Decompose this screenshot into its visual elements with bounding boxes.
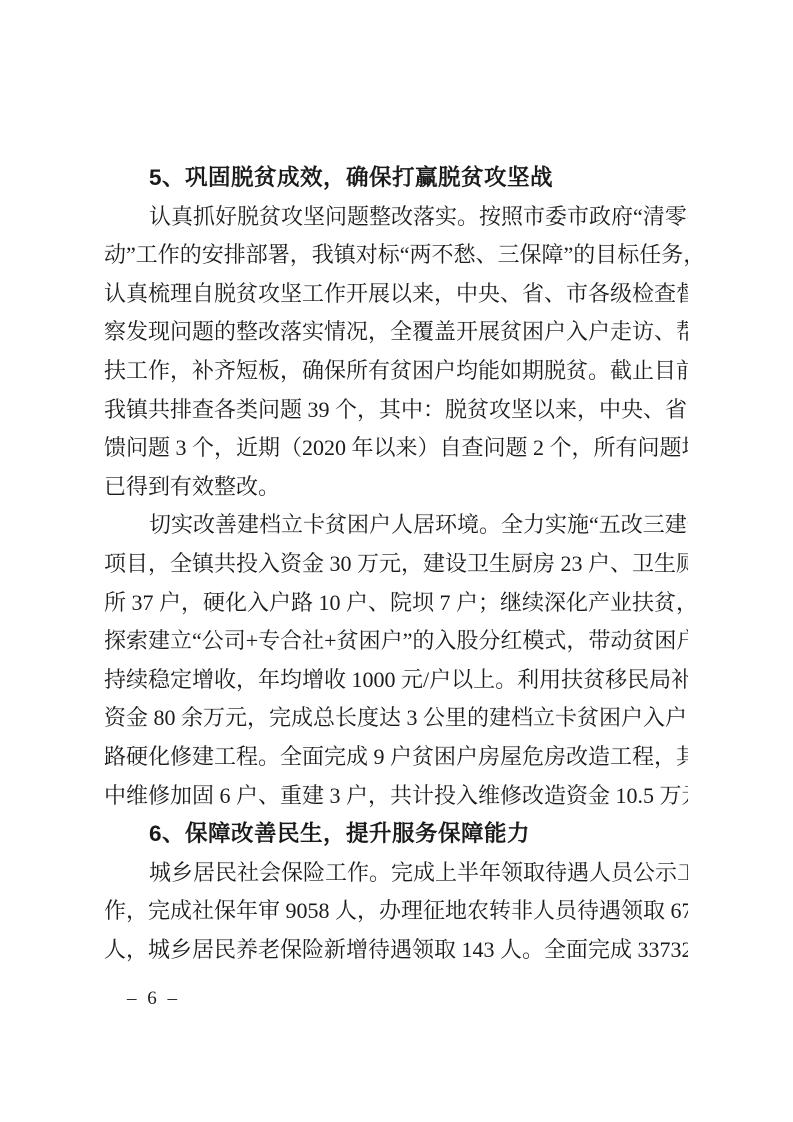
paragraph-line: 馈问题 3 个，近期（2020 年以来）自查问题 2 个，所有问题均 [104, 429, 688, 468]
paragraph-line: 察发现问题的整改落实情况，全覆盖开展贫困户入户走访、帮 [104, 313, 688, 352]
document-body: 5、巩固脱贫成效，确保打赢脱贫攻坚战 认真抓好脱贫攻坚问题整改落实。按照市委市政… [104, 159, 688, 969]
document-page: 5、巩固脱贫成效，确保打赢脱贫攻坚战 认真抓好脱贫攻坚问题整改落实。按照市委市政… [0, 0, 793, 1122]
paragraph-line: 人，城乡居民养老保险新增待遇领取 143 人。全面完成 33732 [104, 931, 688, 970]
paragraph-line: 切实改善建档立卡贫困户人居环境。全力实施“五改三建” [104, 506, 688, 545]
paragraph-line: 探索建立“公司+专合社+贫困户”的入股分红模式，带动贫困户 [104, 622, 688, 661]
paragraph-line: 持续稳定增收，年均增收 1000 元/户以上。利用扶贫移民局补助 [104, 661, 688, 700]
paragraph-line: 我镇共排查各类问题 39 个，其中：脱贫攻坚以来，中央、省反 [104, 391, 688, 430]
section-heading-5: 5、巩固脱贫成效，确保打赢脱贫攻坚战 [104, 159, 688, 198]
paragraph-line: 路硬化修建工程。全面完成 9 户贫困户房屋危房改造工程，其 [104, 738, 688, 777]
paragraph-line: 扶工作，补齐短板，确保所有贫困户均能如期脱贫。截止目前， [104, 352, 688, 391]
paragraph-line: 资金 80 余万元，完成总长度达 3 公里的建档立卡贫困户入户道 [104, 699, 688, 738]
paragraph-line: 动”工作的安排部署，我镇对标“两不愁、三保障”的目标任务， [104, 236, 688, 275]
paragraph-line: 认真梳理自脱贫攻坚工作开展以来，中央、省、市各级检查督 [104, 275, 688, 314]
paragraph-line: 中维修加固 6 户、重建 3 户，共计投入维修改造资金 10.5 万元。 [104, 777, 688, 816]
paragraph-line: 项目，全镇共投入资金 30 万元，建设卫生厨房 23 户、卫生厕 [104, 545, 688, 584]
paragraph-line: 作，完成社保年审 9058 人，办理征地农转非人员待遇领取 67 [104, 892, 688, 931]
page-number: – 6 – [127, 988, 180, 1010]
paragraph-line: 已得到有效整改。 [104, 468, 688, 507]
paragraph-line: 城乡居民社会保险工作。完成上半年领取待遇人员公示工 [104, 854, 688, 893]
section-heading-6: 6、保障改善民生，提升服务保障能力 [104, 815, 688, 854]
paragraph-line: 认真抓好脱贫攻坚问题整改落实。按照市委市政府“清零行 [104, 198, 688, 237]
paragraph-line: 所 37 户，硬化入户路 10 户、院坝 7 户；继续深化产业扶贫， [104, 584, 688, 623]
